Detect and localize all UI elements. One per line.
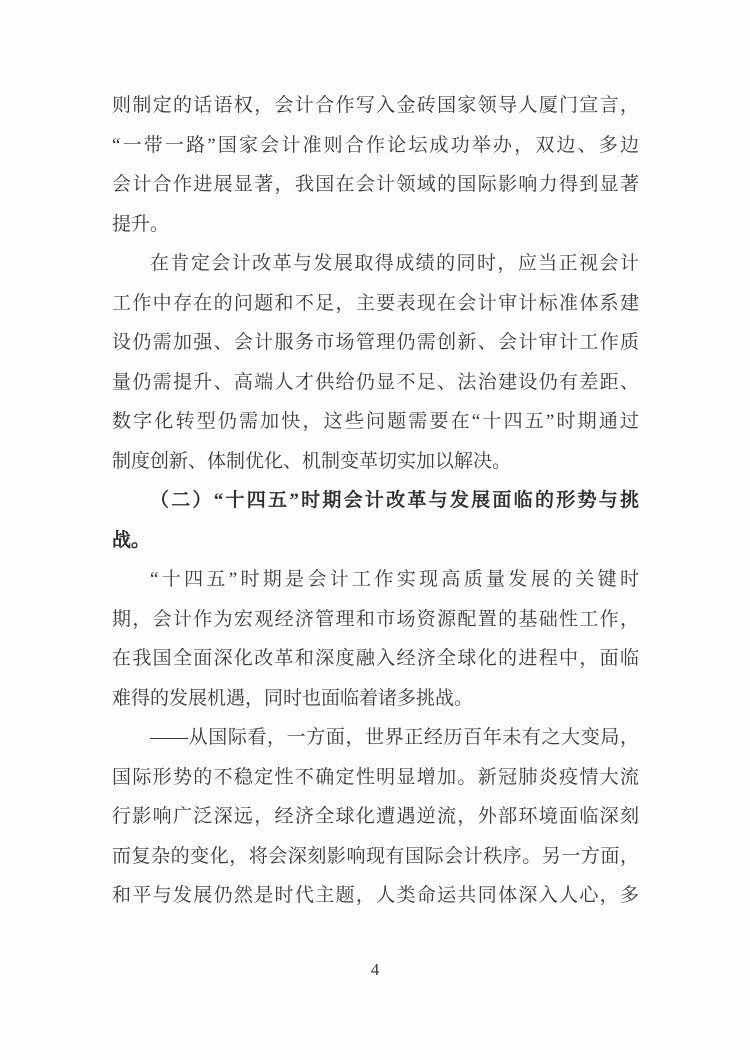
text-line: 国际形势的不稳定性不确定性明显增加。新冠肺炎疫情大流 — [112, 758, 639, 798]
text-line: 量仍需提升、高端人才供给仍显不足、法治建设仍有差距、 — [112, 363, 639, 403]
text-line: 工作中存在的问题和不足，主要表现在会计审计标准体系建 — [112, 284, 639, 324]
text-line: “一带一路”国家会计准则合作论坛成功举办，双边、多边 — [112, 126, 639, 166]
text-line: 在肯定会计改革与发展取得成绩的同时，应当正视会计 — [112, 244, 639, 284]
text-line: 和平与发展仍然是时代主题，人类命运共同体深入人心，多 — [112, 876, 639, 916]
text-line: 制度创新、体制优化、机制变革切实加以解决。 — [112, 442, 639, 482]
text-line: 行影响广泛深远，经济全球化遭遇逆流，外部环境面临深刻 — [112, 797, 639, 837]
text-block: 则制定的话语权，会计合作写入金砖国家领导人厦门宣言，“一带一路”国家会计准则合作… — [112, 86, 639, 916]
text-line: 期，会计作为宏观经济管理和市场资源配置的基础性工作， — [112, 600, 639, 640]
document-page: 则制定的话语权，会计合作写入金砖国家领导人厦门宣言，“一带一路”国家会计准则合作… — [0, 0, 750, 1060]
text-line: 则制定的话语权，会计合作写入金砖国家领导人厦门宣言， — [112, 86, 639, 126]
text-line: “十四五”时期是会计工作实现高质量发展的关键时 — [112, 560, 639, 600]
text-line: ——从国际看，一方面，世界正经历百年未有之大变局， — [112, 718, 639, 758]
text-line: 难得的发展机遇，同时也面临着诸多挑战。 — [112, 679, 639, 719]
text-line: 数字化转型仍需加快，这些问题需要在“十四五”时期通过 — [112, 402, 639, 442]
text-line: 提升。 — [112, 205, 639, 245]
heading-line: （二）“十四五”时期会计改革与发展面临的形势与挑 — [112, 481, 639, 521]
page-number: 4 — [0, 959, 750, 981]
text-line: 设仍需加强、会计服务市场管理仍需创新、会计审计工作质 — [112, 323, 639, 363]
text-line: 会计合作进展显著，我国在会计领域的国际影响力得到显著 — [112, 165, 639, 205]
text-line: 而复杂的变化，将会深刻影响现有国际会计秩序。另一方面， — [112, 837, 639, 877]
text-line: 在我国全面深化改革和深度融入经济全球化的进程中，面临 — [112, 639, 639, 679]
heading-line: 战。 — [112, 521, 639, 561]
